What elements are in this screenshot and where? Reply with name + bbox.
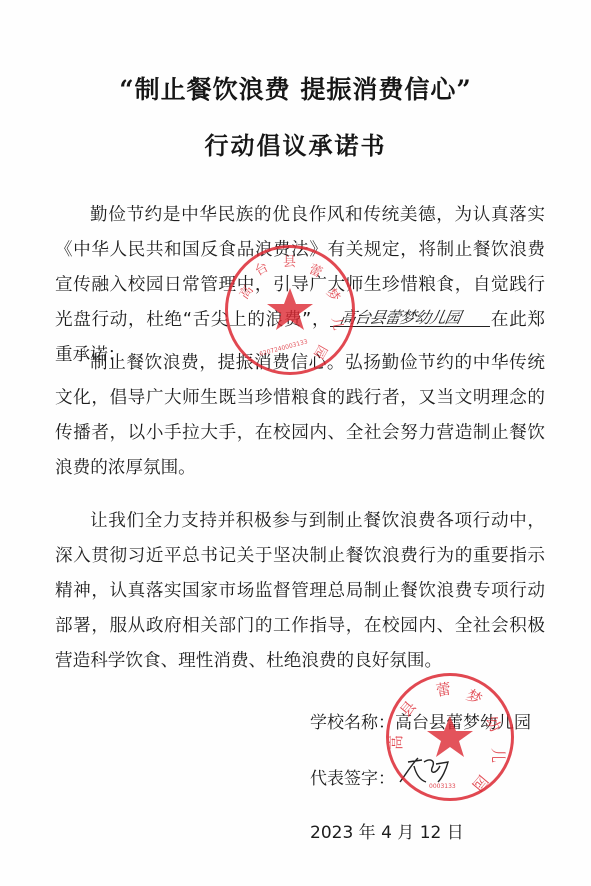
handwritten-school-name: 高台县蕾梦幼儿园 — [337, 300, 463, 335]
school-name-label: 学校名称： — [310, 713, 395, 733]
school-name-row: 学校名称：高台县蕾梦幼儿园 — [310, 708, 531, 733]
svg-text:梦: 梦 — [463, 686, 485, 709]
paragraph-commitment: 制止餐饮浪费，提振消费信心。弘扬勤俭节约的中华传统文化，倡导广大师生既当珍惜粮食… — [55, 346, 545, 486]
document-date: 2023 年 4 月 12 日 — [310, 818, 464, 843]
document-title: “制止餐饮浪费 提振消费信心” — [0, 70, 591, 106]
svg-text:儿: 儿 — [489, 748, 507, 763]
svg-text:蕾: 蕾 — [435, 680, 453, 700]
school-name-blank: 高台县蕾梦幼儿园 — [330, 306, 490, 327]
svg-text:高: 高 — [389, 735, 405, 750]
representative-signature-row: 代表签字： — [310, 764, 395, 789]
handwritten-signature-icon — [396, 752, 456, 786]
svg-text:园: 园 — [468, 771, 491, 794]
representative-signature-label: 代表签字： — [310, 769, 395, 789]
document-page: “制止餐饮浪费 提振消费信心” 行动倡议承诺书 勤俭节约是中华民族的优良作风和传… — [0, 0, 591, 886]
school-name-value: 高台县蕾梦幼儿园 — [395, 713, 531, 733]
document-subtitle: 行动倡议承诺书 — [0, 126, 591, 161]
paragraph-action: 让我们全力支持并积极参与到制止餐饮浪费各项行动中，深入贯彻习近平总书记关于坚决制… — [55, 504, 545, 679]
